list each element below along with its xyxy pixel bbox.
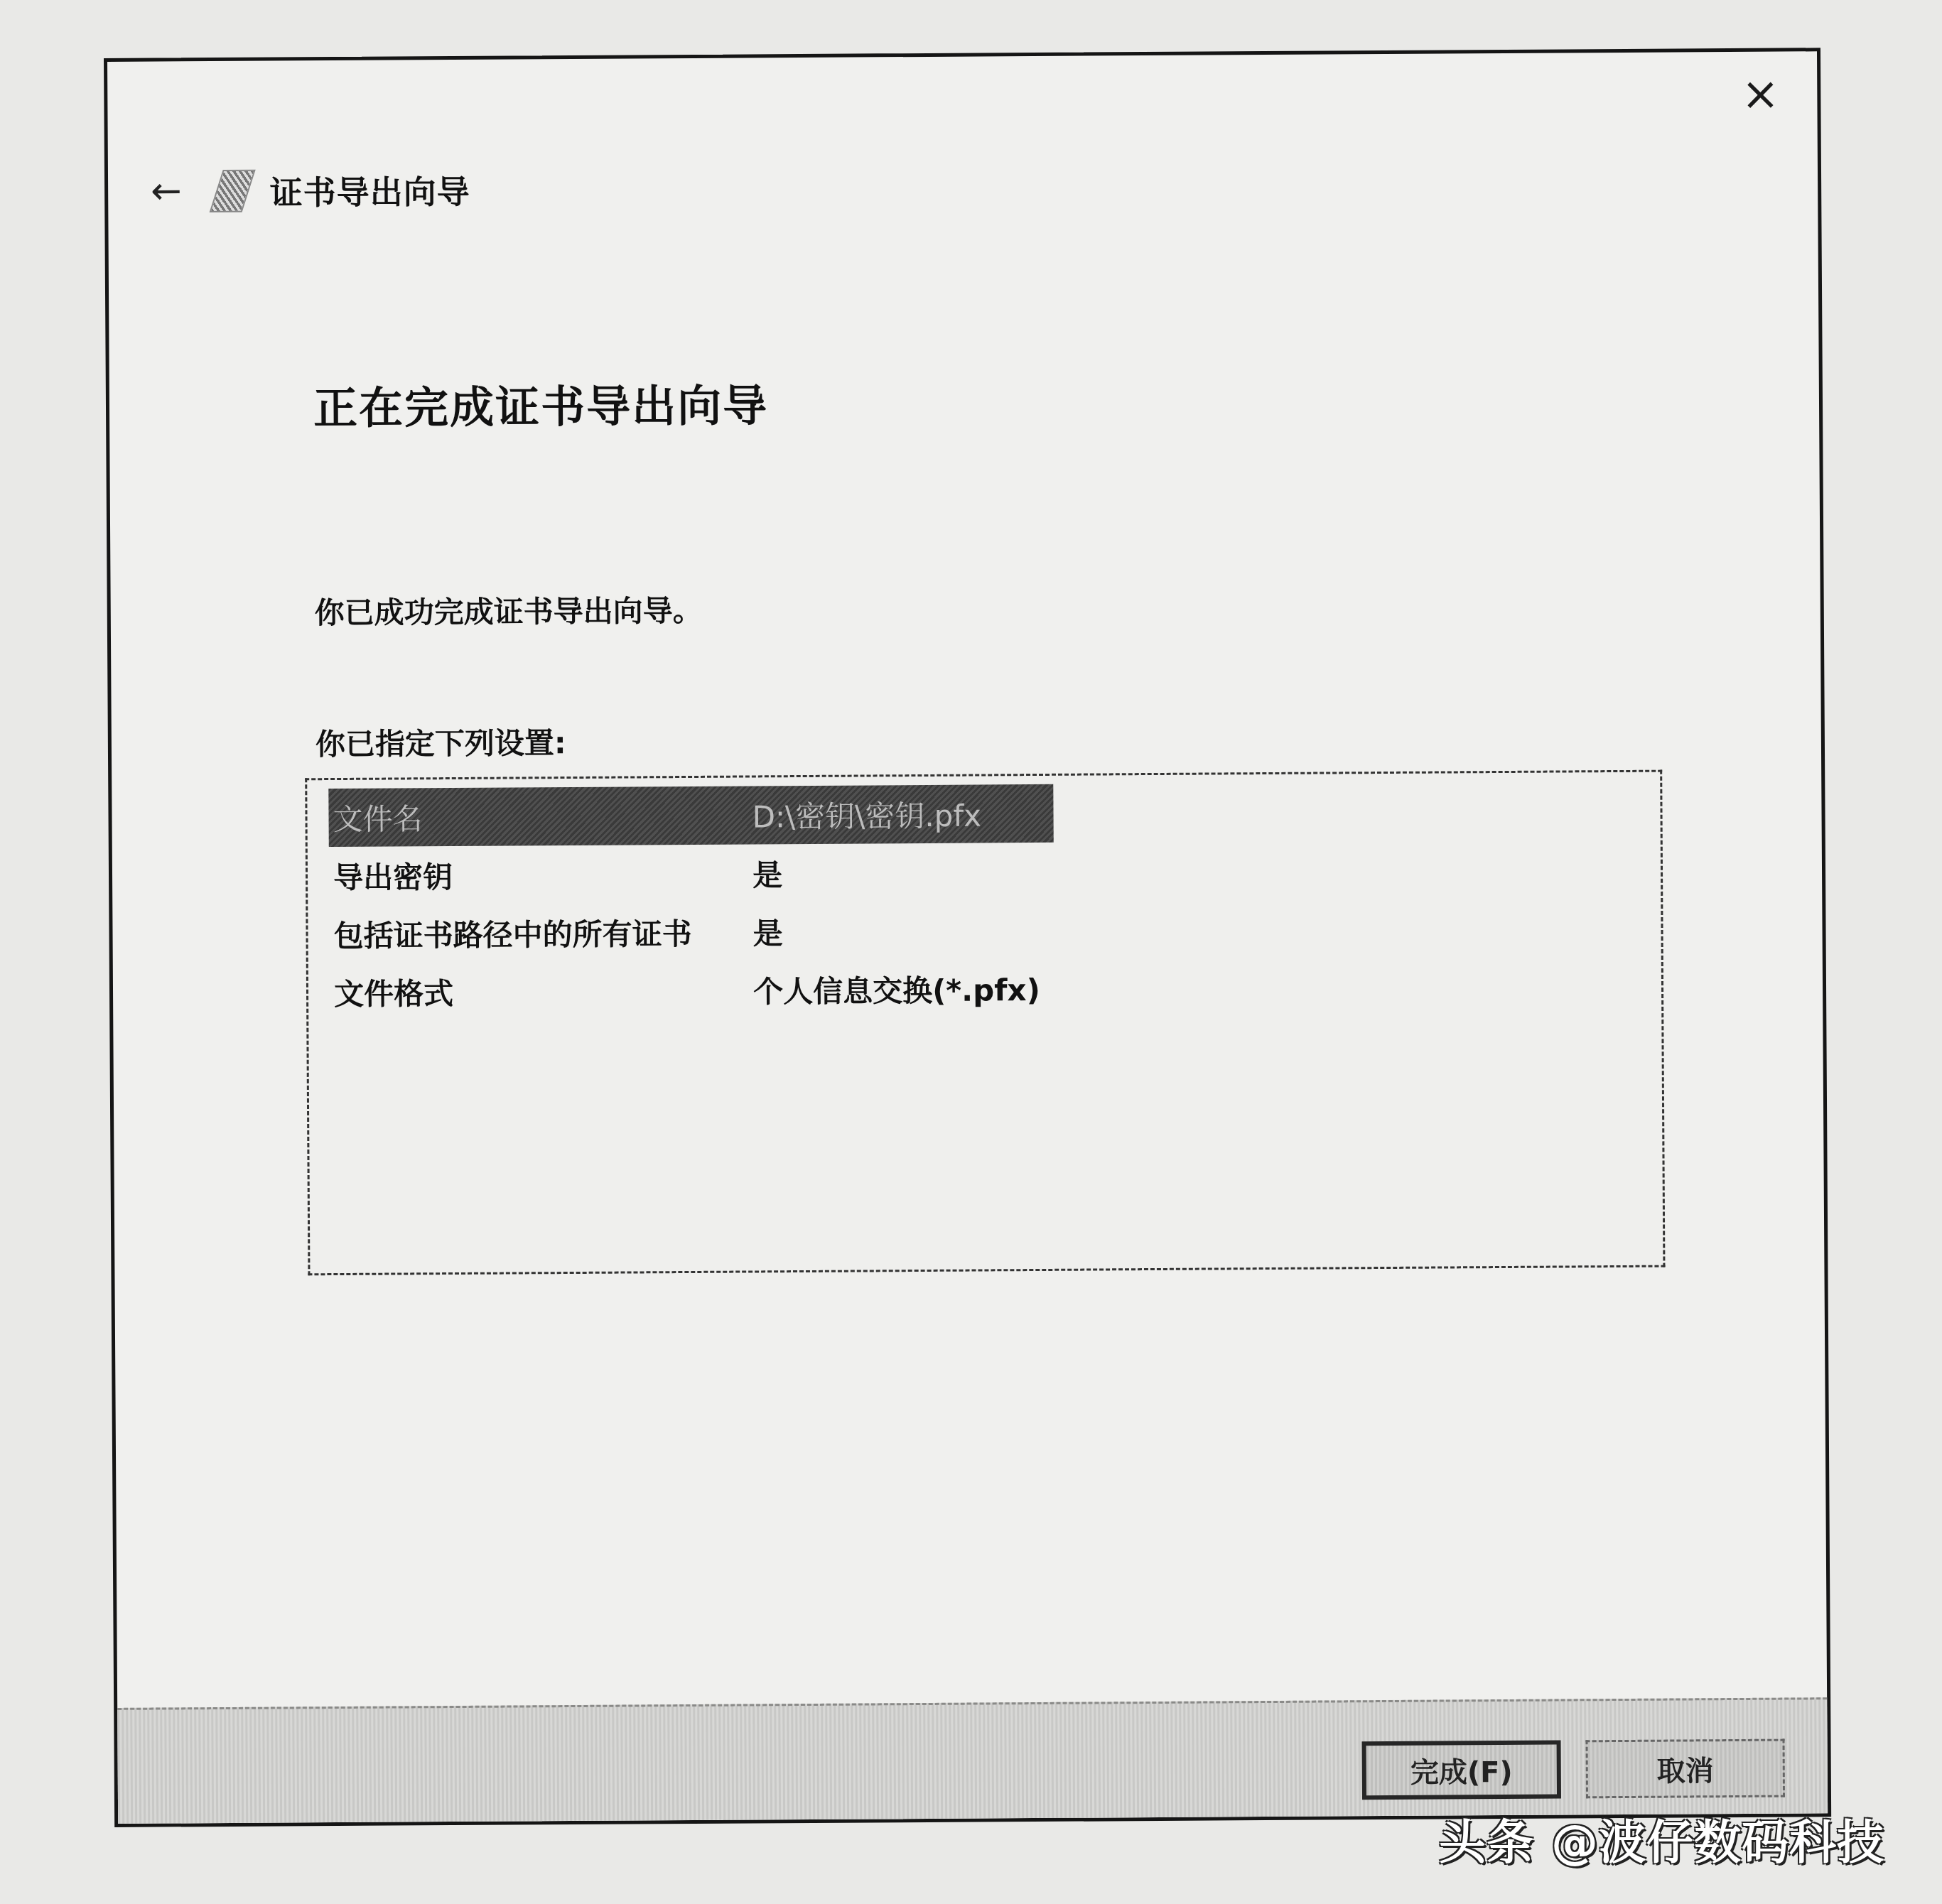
setting-value: 个人信息交换(*.pfx) bbox=[753, 967, 1040, 1011]
settings-row-export-key[interactable]: 导出密钥 是 bbox=[329, 839, 1646, 905]
success-message: 你已成功完成证书导出向导。 bbox=[315, 588, 703, 632]
certificate-icon bbox=[209, 170, 255, 212]
watermark: 头条 @波仔数码科技 bbox=[1439, 1805, 1884, 1872]
setting-key: 导出密钥 bbox=[329, 852, 752, 897]
settings-row-include-chain[interactable]: 包括证书路径中的所有证书 是 bbox=[329, 897, 1646, 963]
certificate-export-wizard-dialog: × ← 证书导出向导 正在完成证书导出向导 你已成功完成证书导出向导。 你已指定… bbox=[104, 48, 1831, 1827]
back-arrow-icon[interactable]: ← bbox=[151, 173, 182, 210]
page-title: 正在完成证书导出向导 bbox=[313, 370, 769, 436]
wizard-header: ← 证书导出向导 bbox=[151, 166, 470, 215]
setting-key: 包括证书路径中的所有证书 bbox=[329, 910, 752, 956]
settings-list[interactable]: 文件名 D:\密钥\密钥.pfx 导出密钥 是 包括证书路径中的所有证书 是 文… bbox=[305, 770, 1665, 1276]
finish-button[interactable]: 完成(F) bbox=[1362, 1741, 1561, 1800]
setting-value: D:\密钥\密钥.pfx bbox=[752, 792, 981, 836]
close-icon: × bbox=[1741, 68, 1779, 121]
wizard-title: 证书导出向导 bbox=[270, 166, 470, 215]
settings-row-file-format[interactable]: 文件格式 个人信息交换(*.pfx) bbox=[330, 956, 1647, 1022]
setting-key: 文件名 bbox=[328, 794, 752, 839]
settings-row-filename[interactable]: 文件名 D:\密钥\密钥.pfx bbox=[328, 784, 1053, 847]
setting-value: 是 bbox=[752, 852, 782, 894]
settings-label: 你已指定下列设置: bbox=[315, 720, 566, 764]
cancel-button[interactable]: 取消 bbox=[1585, 1739, 1784, 1799]
close-button[interactable]: × bbox=[1739, 73, 1781, 116]
setting-value: 是 bbox=[752, 910, 782, 953]
setting-key: 文件格式 bbox=[330, 968, 753, 1014]
